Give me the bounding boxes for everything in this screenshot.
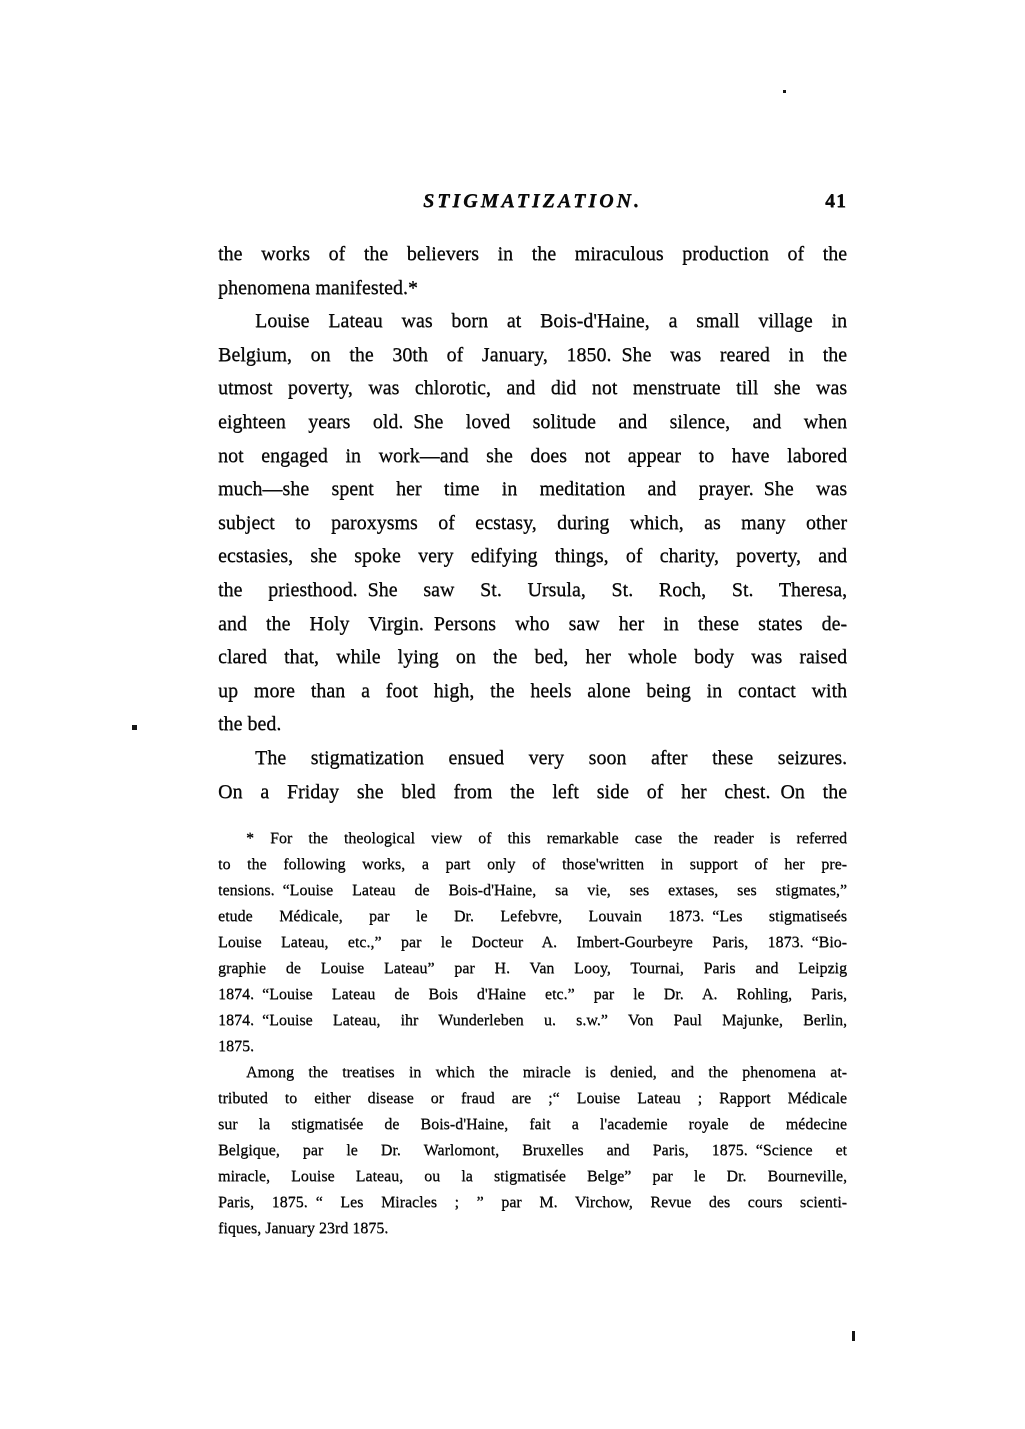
body-text: the works of the believers in the miracu… bbox=[218, 238, 847, 809]
text-line: * For the theological view of this remar… bbox=[218, 826, 847, 852]
paragraph: Louise Lateau was born at Bois-d'Haine, … bbox=[218, 305, 847, 742]
text-line: the priesthood. She saw St. Ursula, St. … bbox=[218, 574, 847, 608]
text-line: tensions. “Louise Lateau de Bois-d'Haine… bbox=[218, 878, 847, 904]
paragraph: the works of the believers in the miracu… bbox=[218, 238, 847, 305]
text-line: not engaged in work—and she does not app… bbox=[218, 440, 847, 474]
text-line: eighteen years old. She loved solitude a… bbox=[218, 406, 847, 440]
text-line: 1874. “Louise Lateau, ihr Wunderleben u.… bbox=[218, 1008, 847, 1034]
text-line: 1874. “Louise Lateau de Bois d'Haine etc… bbox=[218, 982, 847, 1008]
text-line: utmost poverty, was chlorotic, and did n… bbox=[218, 372, 847, 406]
footnote: * For the theological view of this remar… bbox=[218, 826, 847, 1242]
text-line: Among the treatises in which the miracle… bbox=[218, 1060, 847, 1086]
text-line: subject to paroxysms of ecstasy, during … bbox=[218, 507, 847, 541]
text-line: ecstasies, she spoke very edifying thing… bbox=[218, 540, 847, 574]
ink-speck bbox=[852, 1331, 855, 1341]
text-line: Belgium, on the 30th of January, 1850. S… bbox=[218, 339, 847, 373]
text-line: up more than a foot high, the heels alon… bbox=[218, 675, 847, 709]
footnote-paragraph: * For the theological view of this remar… bbox=[218, 826, 847, 1060]
text-line: and the Holy Virgin. Persons who saw her… bbox=[218, 608, 847, 642]
text-line: tributed to either disease or fraud are … bbox=[218, 1086, 847, 1112]
text-line: the works of the believers in the miracu… bbox=[218, 238, 847, 272]
text-line: clared that, while lying on the bed, her… bbox=[218, 641, 847, 675]
ink-speck bbox=[783, 90, 786, 93]
text-line: the bed. bbox=[218, 708, 847, 742]
text-line: miracle, Louise Lateau, ou la stigmatisé… bbox=[218, 1164, 847, 1190]
text-line: to the following works, a part only of t… bbox=[218, 852, 847, 878]
footnote-paragraph: Among the treatises in which the miracle… bbox=[218, 1060, 847, 1242]
text-line: The stigmatization ensued very soon afte… bbox=[218, 742, 847, 776]
text-line: Paris, 1875. “ Les Miracles ; ” par M. V… bbox=[218, 1190, 847, 1216]
ink-speck bbox=[132, 725, 137, 730]
text-line: Louise Lateau was born at Bois-d'Haine, … bbox=[218, 305, 847, 339]
running-head: STIGMATIZATION. 41 bbox=[218, 190, 847, 220]
text-line: graphie de Louise Lateau” par H. Van Loo… bbox=[218, 956, 847, 982]
text-line: sur la stigmatisée de Bois-d'Haine, fait… bbox=[218, 1112, 847, 1138]
text-line: fiques, January 23rd 1875. bbox=[218, 1216, 847, 1242]
text-line: much—she spent her time in meditation an… bbox=[218, 473, 847, 507]
text-line: etude Médicale, par le Dr. Lefebvre, Lou… bbox=[218, 904, 847, 930]
text-line: phenomena manifested.* bbox=[218, 272, 847, 306]
text-line: Belgique, par le Dr. Warlomont, Bruxelle… bbox=[218, 1138, 847, 1164]
text-line: 1875. bbox=[218, 1034, 847, 1060]
page-number: 41 bbox=[825, 190, 847, 213]
text-line: Louise Lateau, etc.,” par le Docteur A. … bbox=[218, 930, 847, 956]
scanned-book-page: { "header": { "title": "STIGMATIZATION."… bbox=[0, 0, 1025, 1429]
page-title: STIGMATIZATION. bbox=[218, 190, 847, 213]
text-line: On a Friday she bled from the left side … bbox=[218, 776, 847, 810]
paragraph: The stigmatization ensued very soon afte… bbox=[218, 742, 847, 809]
